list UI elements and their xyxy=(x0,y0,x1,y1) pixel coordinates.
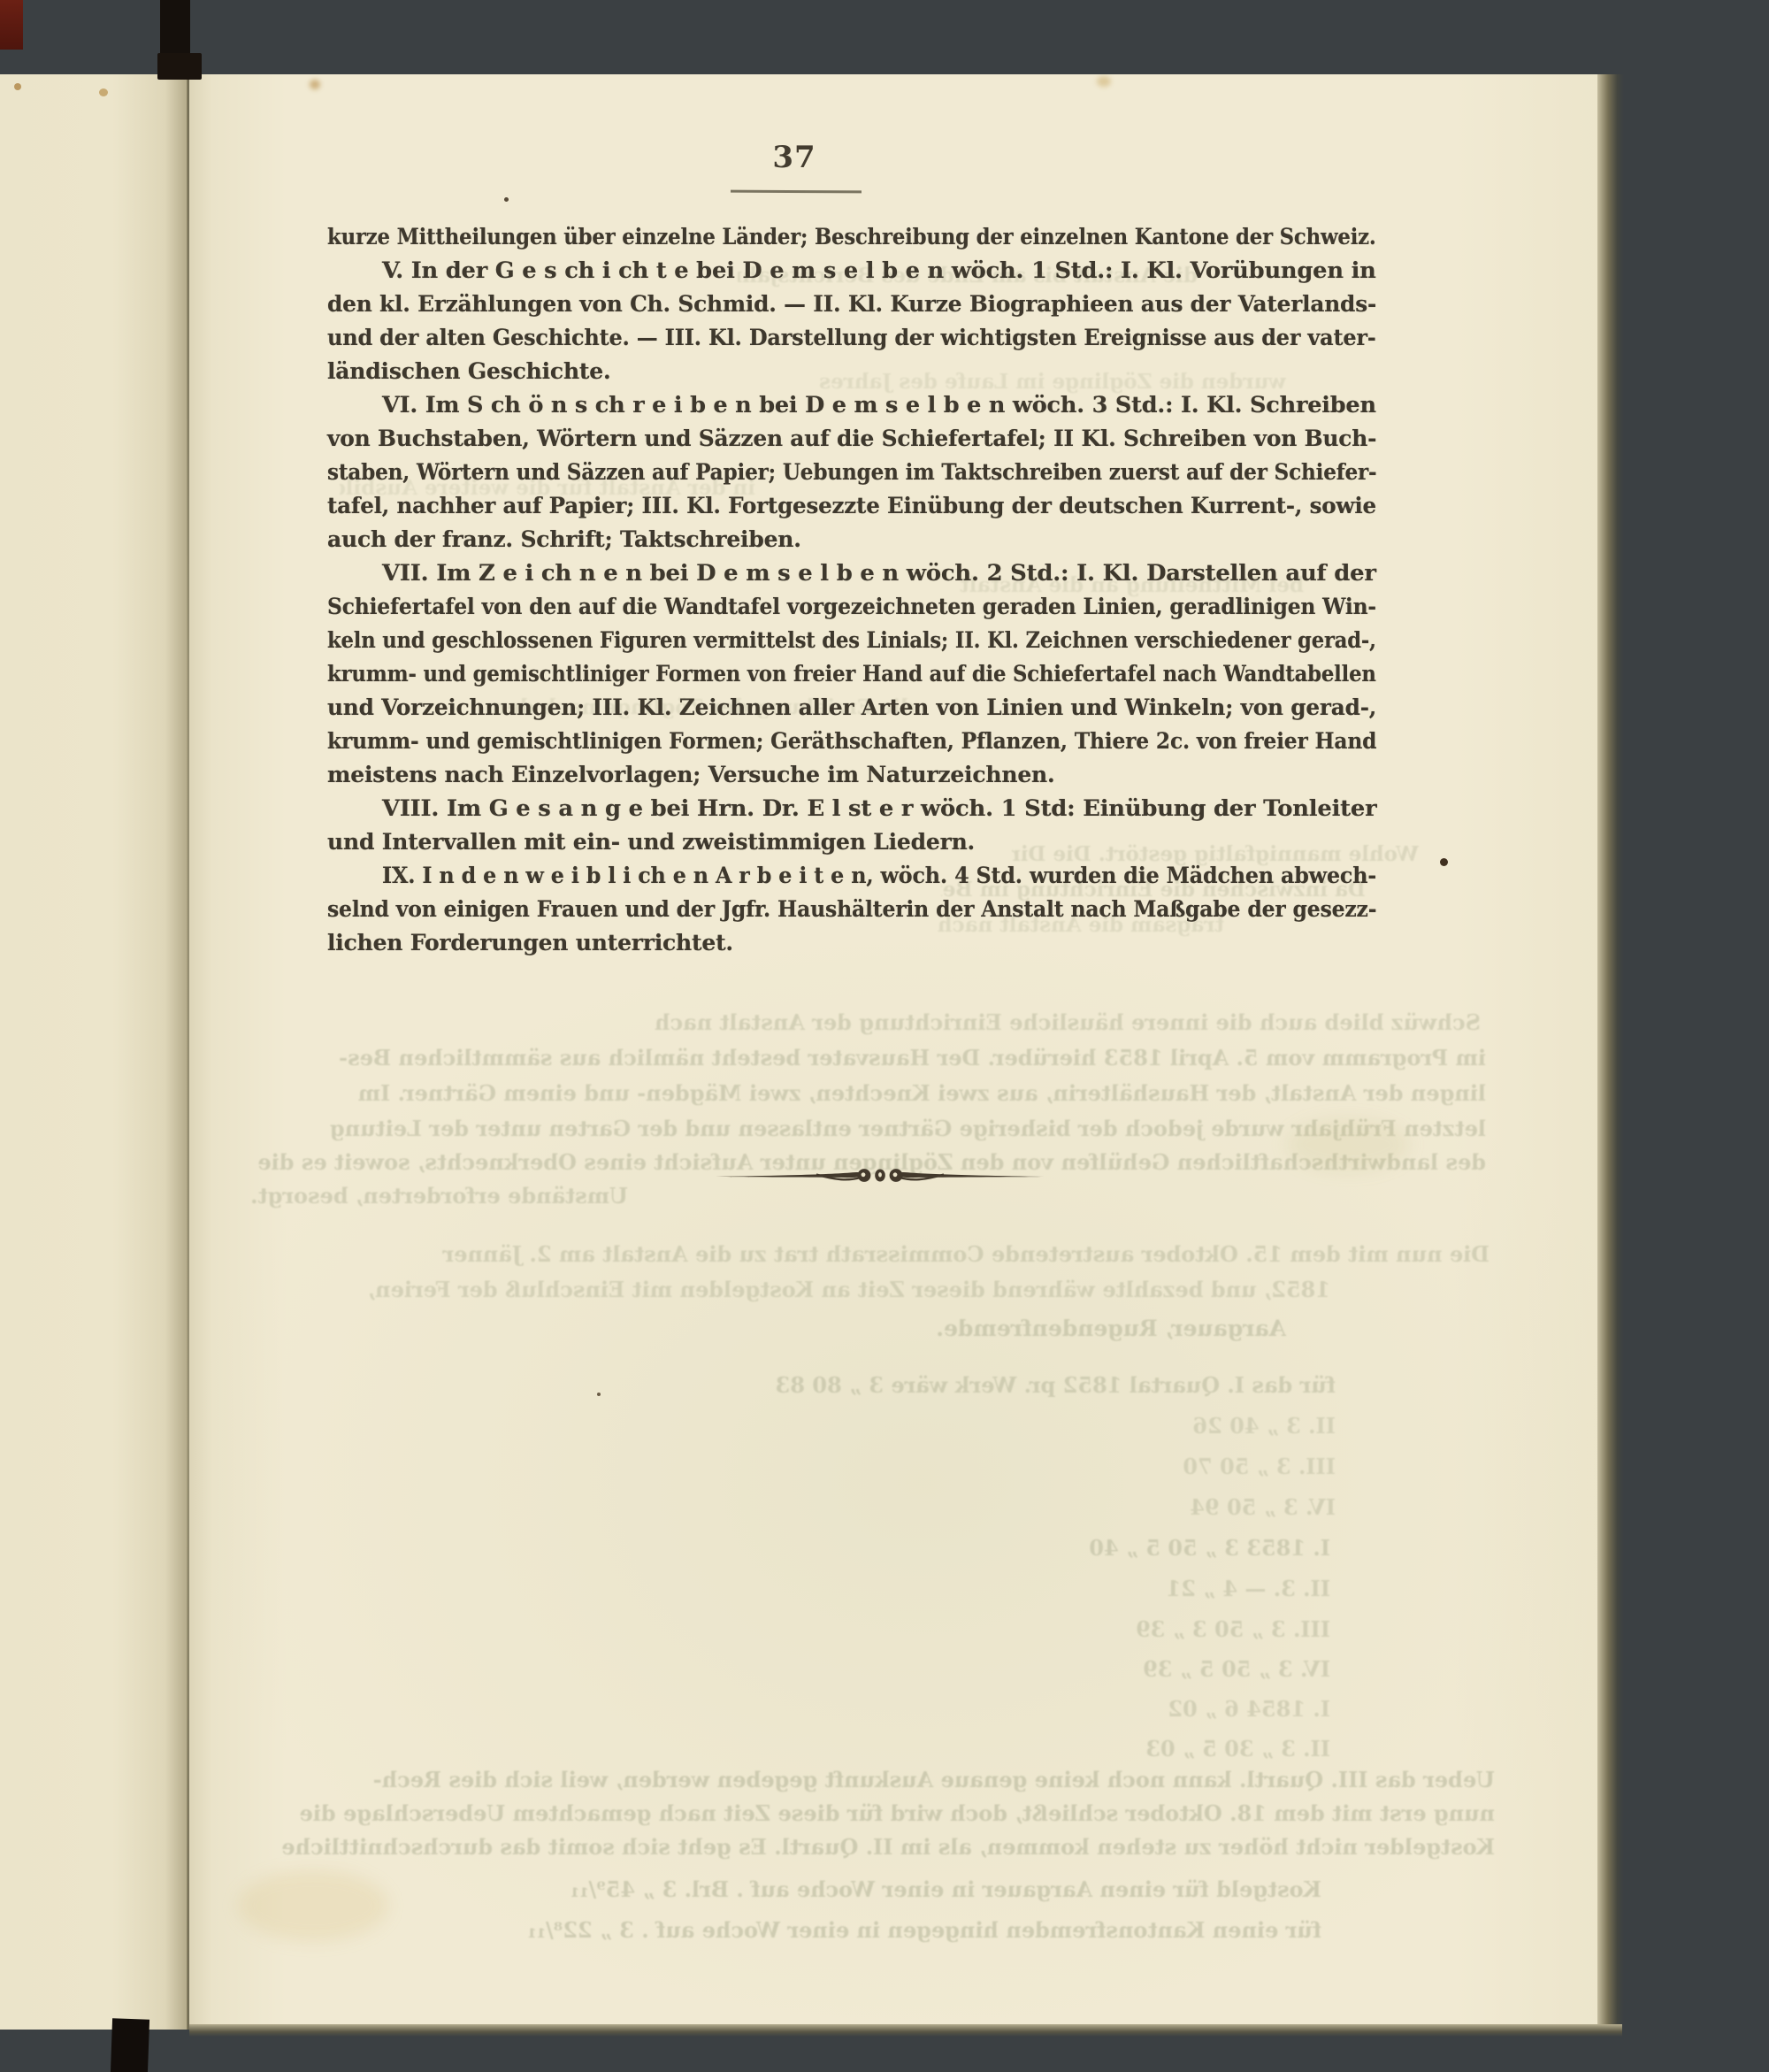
text-line: lichen Forderungen unterrichtet. xyxy=(327,926,1376,960)
page-block-edge xyxy=(1597,74,1624,2030)
text-line: und Vorzeichnungen; III. Kl. Zeichnen al… xyxy=(327,691,1376,725)
text-line: und Intervallen mit ein- und zweistimmig… xyxy=(327,825,1376,859)
text-line: Schiefertafel von den auf die Wandtafel … xyxy=(327,590,1376,624)
bleedthrough-line: für einen Kantonsfremden hingegen in ein… xyxy=(366,1916,1321,1946)
text-line: VIII. Im G e s a n g e bei Hrn. Dr. E l … xyxy=(327,792,1376,825)
text-line: IX. I n d e n w e i b l i ch e n A r b e… xyxy=(327,859,1376,893)
text-line: kurze Mittheilungen über einzelne Länder… xyxy=(327,220,1376,254)
page-number: 37 xyxy=(715,140,874,175)
book-scan: die Anstalt bis am Ende des Berichtsjahr… xyxy=(0,0,1769,2072)
bleedthrough-line: nung erst mit dem 18. Oktober schließt, … xyxy=(248,1800,1495,1830)
text-line: den kl. Erzählungen von Ch. Schmid. — II… xyxy=(327,288,1376,321)
bleedthrough-line: Schwüz blieb auch die innere häusliche E… xyxy=(295,1009,1481,1039)
ink-speck xyxy=(597,1393,601,1396)
page-number-rule xyxy=(731,190,862,193)
bookmark-ribbon-bottom xyxy=(111,2018,149,2072)
scanned-page: die Anstalt bis am Ende des Berichtsjahr… xyxy=(189,74,1601,2030)
foxing-spot xyxy=(310,80,320,89)
text-line: tafel, nachher auf Papier; III. Kl. Fort… xyxy=(327,489,1376,523)
bleedthrough-line: Aargauer, Rugendenfremde. xyxy=(738,1315,1286,1345)
foxing-spot xyxy=(14,83,21,90)
foxing-spot xyxy=(99,88,108,96)
cover-corner xyxy=(0,0,23,50)
bleedthrough-line: im Programm vom 5. April 1853 hierüber. … xyxy=(248,1044,1486,1074)
text-line: VII. Im Z e i ch n e n bei D e m s e l b… xyxy=(327,556,1376,590)
bleedthrough-line: IV. 3 „ 50 94 xyxy=(318,1493,1336,1523)
bleedthrough-line: I. 1853 3 „ 50 5 „ 40 xyxy=(393,1534,1330,1564)
text-line: ländischen Geschichte. xyxy=(327,355,1376,388)
bleedthrough-line: 1852, und bezahlte während dieser Zeit a… xyxy=(287,1276,1330,1306)
divider-ornament xyxy=(712,1163,1048,1189)
bookmark-ribbon-knot xyxy=(157,53,202,80)
paper-stain xyxy=(238,1870,388,1941)
text-line: selnd von einigen Frauen und der Jgfr. H… xyxy=(327,893,1376,926)
bleedthrough-line: I. 1854 6 „ 02 xyxy=(393,1695,1330,1725)
text-line: von Buchstaben, Wörtern und Säzzen auf d… xyxy=(327,422,1376,456)
bleedthrough-line: Die nun mit dem 15. Oktober austretende … xyxy=(322,1240,1489,1270)
facing-page-edge xyxy=(0,74,188,2030)
bleedthrough-line: III. 3 „ 50 70 xyxy=(318,1453,1336,1483)
bleedthrough-line: für das I. Quartal 1852 pr. Werk wäre 3 … xyxy=(318,1371,1336,1401)
bleedthrough-line: II. 3 „ 30 5 „ 03 xyxy=(393,1735,1330,1765)
ink-blot xyxy=(1440,858,1448,866)
bleedthrough-line: III. 3 „ 50 3 „ 39 xyxy=(393,1615,1330,1646)
text-line: meistens nach Einzelvorlagen; Versuche i… xyxy=(327,758,1376,792)
bleedthrough-line: Ueber das III. Quartl. kann noch keine g… xyxy=(248,1766,1495,1796)
page-bottom-edge xyxy=(189,2024,1622,2037)
bleedthrough-line: II. 3. — 4 „ 21 xyxy=(393,1575,1330,1605)
bleedthrough-line: IV. 3 „ 50 5 „ 39 xyxy=(393,1655,1330,1685)
text-line: VI. Im S ch ö n s ch r e i b e n bei D e… xyxy=(327,388,1376,422)
text-line: krumm- und gemischtliniger Formen von fr… xyxy=(327,657,1376,691)
text-line: keln und geschlossenen Figuren vermittel… xyxy=(327,624,1376,657)
text-line: V. In der G e s ch i ch t e bei D e m s … xyxy=(327,254,1376,288)
text-line: staben, Wörtern und Säzzen auf Papier; U… xyxy=(327,456,1376,489)
text-line: und der alten Geschichte. — III. Kl. Dar… xyxy=(327,321,1376,355)
text-line: krumm- und gemischtlinigen Formen; Gerät… xyxy=(327,725,1376,758)
bleedthrough-line: II. 3 „ 40 26 xyxy=(318,1412,1336,1442)
paper-stain xyxy=(1286,1118,1410,1171)
bleedthrough-line: Kostgelder nicht höher zu stehen kommen,… xyxy=(248,1833,1495,1863)
bleedthrough-line: Umstände erforderten, besorgt. xyxy=(248,1182,628,1212)
text-line: auch der franz. Schrift; Taktschreiben. xyxy=(327,523,1376,556)
ink-speck xyxy=(504,197,509,202)
bleedthrough-line: Kostgeld für einen Aargauer in einer Woc… xyxy=(393,1876,1321,1906)
foxing-spot xyxy=(1097,76,1111,87)
body-text: kurze Mittheilungen über einzelne Länder… xyxy=(327,220,1376,960)
bleedthrough-line: lingen der Anstalt, der Haushälterin, au… xyxy=(248,1079,1486,1109)
